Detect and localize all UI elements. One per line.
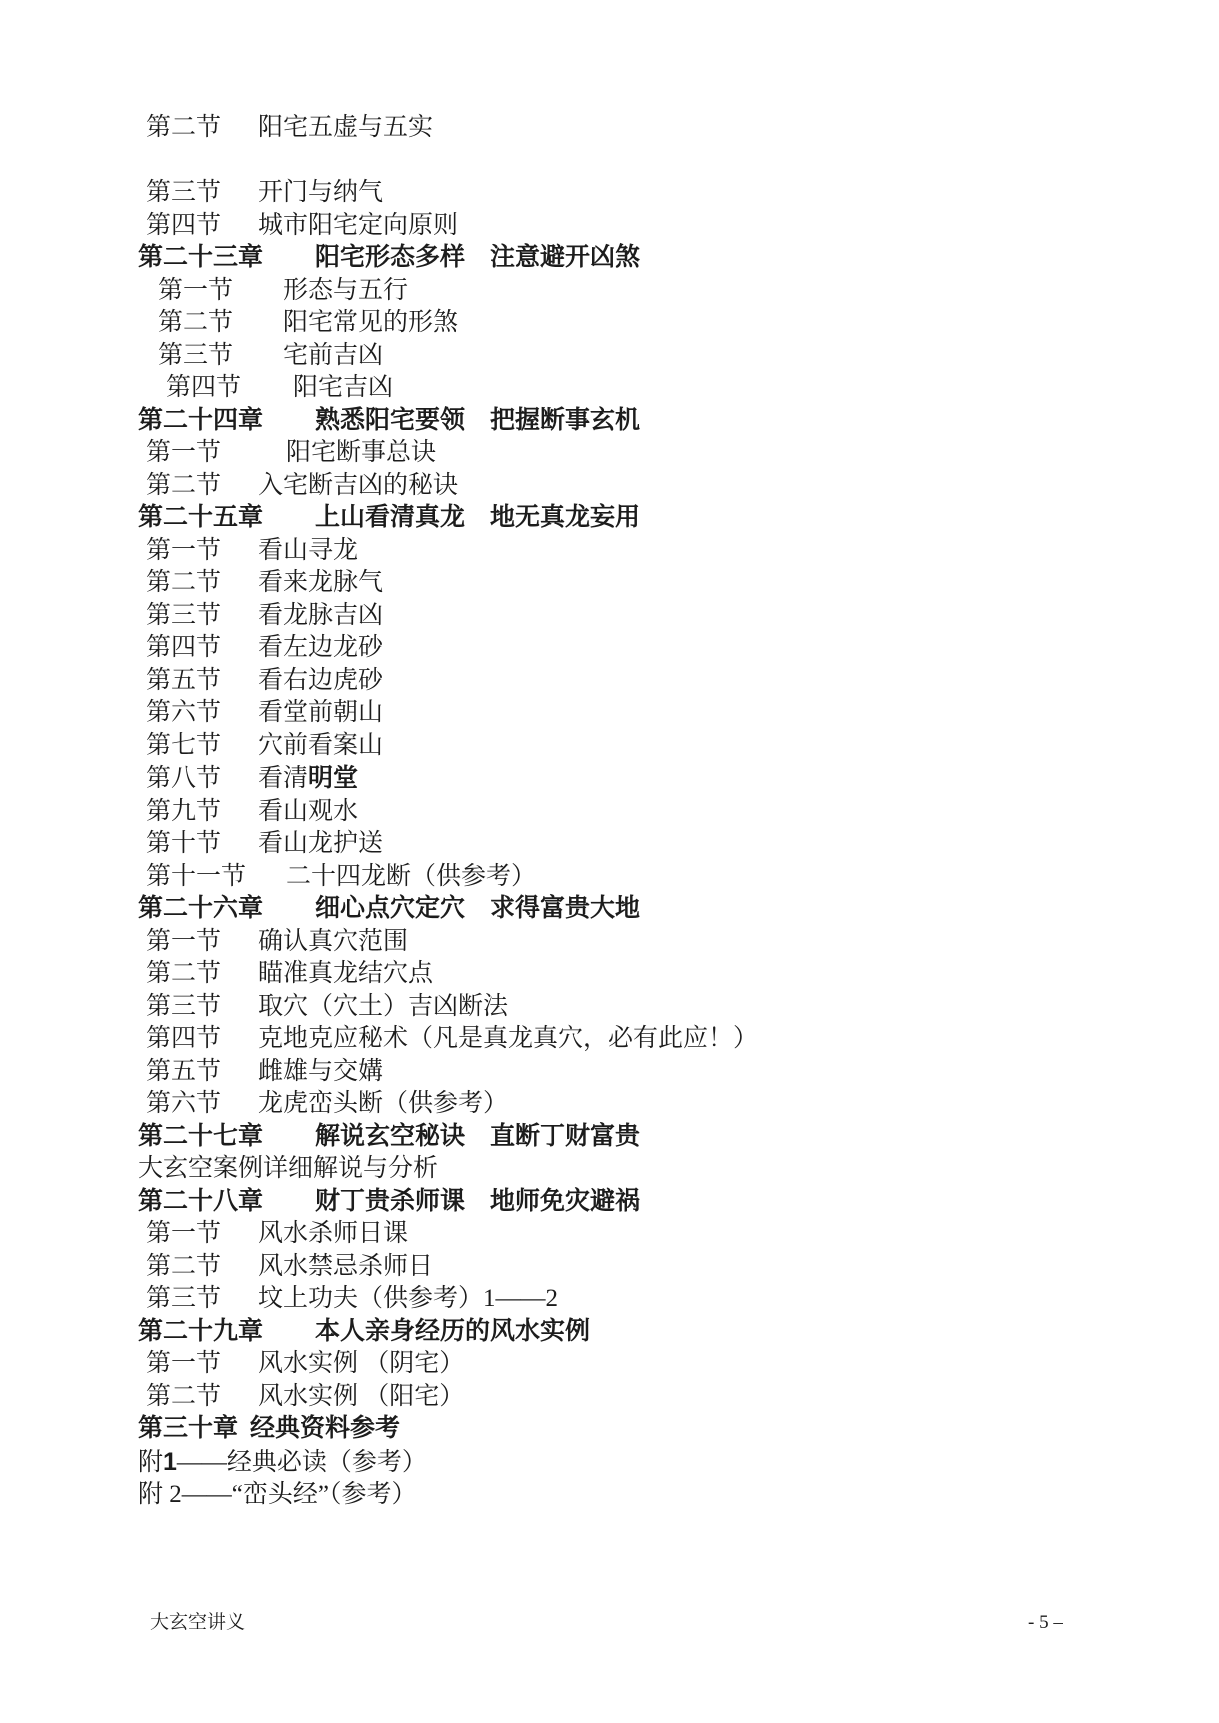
toc-line: 第二节风水禁忌杀师日: [138, 1251, 1179, 1284]
toc-entry-label: 第五节: [146, 665, 258, 698]
toc-entry-title: 宅前吉凶: [283, 342, 383, 369]
toc-entry-label: 第三节: [146, 1283, 258, 1316]
toc-entry-label: 第二节: [146, 1381, 258, 1414]
toc-entry-label: 第一节: [146, 1348, 258, 1381]
toc-entry-label: 第二节: [146, 567, 258, 600]
toc-entry-label: 第二十四章: [138, 405, 315, 438]
toc-chapter-line: 第二十七章解说玄空秘诀 直断丁财富贵: [138, 1121, 1179, 1154]
toc-line: 大玄空案例详细解说与分析: [138, 1153, 1179, 1186]
toc-chapter-line: 第二十六章细心点穴定穴 求得富贵大地: [138, 893, 1179, 926]
toc-entry-title: 大玄空案例详细解说与分析: [138, 1155, 438, 1182]
toc-entry-title: 看左边龙砂: [258, 634, 383, 661]
toc-entry-title: 雌雄与交媾: [258, 1058, 383, 1085]
toc-entry-title: 坟上功夫（供参考）1——2: [258, 1285, 558, 1312]
toc-chapter-line: 第二十三章阳宅形态多样 注意避开凶煞: [138, 242, 1179, 275]
toc-list: 第二节阳宅五虚与五实第三节开门与纳气第四节城市阳宅定向原则第二十三章阳宅形态多样…: [138, 112, 1179, 1512]
toc-entry-label: 第三节: [158, 340, 283, 373]
toc-entry-title: 风水杀师日课: [258, 1220, 408, 1247]
toc-line: 第三节取穴（穴土）吉凶断法: [138, 991, 1179, 1024]
toc-line: 第七节穴前看案山: [138, 730, 1179, 763]
toc-entry-title: 瞄准真龙结穴点: [258, 960, 433, 987]
toc-entry-label: 第三节: [146, 600, 258, 633]
toc-line: 第三节坟上功夫（供参考）1——2: [138, 1283, 1179, 1316]
toc-entry-title: 取穴（穴土）吉凶断法: [258, 993, 508, 1020]
toc-line: 第一节确认真穴范围: [138, 926, 1179, 959]
toc-line: 第二节风水实例 （阳宅）: [138, 1381, 1179, 1414]
toc-entry-title: 风水禁忌杀师日: [258, 1253, 433, 1280]
toc-entry-label: 第九节: [146, 796, 258, 829]
toc-entry-label: 第二节: [146, 470, 258, 503]
toc-entry-title: 上山看清真龙 地无真龙妄用: [315, 504, 640, 531]
toc-line: 第二节入宅断吉凶的秘诀: [138, 470, 1179, 503]
toc-entry-title: 阳宅形态多样 注意避开凶煞: [315, 244, 640, 271]
toc-entry-label: 第二节: [146, 958, 258, 991]
toc-entry-title: 风水实例 （阳宅）: [258, 1383, 464, 1410]
toc-blank-line: [138, 145, 1179, 178]
toc-entry-title: 城市阳宅定向原则: [258, 212, 458, 239]
toc-line: 第二节看来龙脉气: [138, 567, 1179, 600]
toc-line: 第四节城市阳宅定向原则: [138, 210, 1179, 243]
toc-entry-label: 第二十六章: [138, 893, 315, 926]
toc-entry-label: 第十一节: [146, 861, 286, 894]
toc-entry-label: 第二节: [146, 1251, 258, 1284]
toc-entry-title: 看堂前朝山: [258, 699, 383, 726]
toc-line: 第五节看右边虎砂: [138, 665, 1179, 698]
toc-line: 第六节龙虎峦头断（供参考）: [138, 1088, 1179, 1121]
toc-entry-title: 附1——经典必读（参考）: [138, 1449, 427, 1476]
toc-entry-title: 细心点穴定穴 求得富贵大地: [315, 895, 640, 922]
toc-line: 第九节看山观水: [138, 796, 1179, 829]
footer-page-number: - 5 –: [1028, 1612, 1063, 1634]
toc-entry-label: 第二节: [158, 307, 283, 340]
toc-entry-title: 财丁贵杀师课 地师免灾避祸: [315, 1188, 640, 1215]
toc-chapter-line: 第三十章经典资料参考: [138, 1413, 1179, 1446]
toc-entry-label: 第三节: [146, 991, 258, 1024]
toc-entry-label: 第一节: [158, 275, 283, 308]
toc-line: 第二节瞄准真龙结穴点: [138, 958, 1179, 991]
toc-entry-label: 第四节: [146, 1023, 258, 1056]
toc-entry-title: 阳宅五虚与五实: [258, 114, 433, 141]
toc-entry-title: 龙虎峦头断（供参考）: [258, 1090, 508, 1117]
toc-line: 第一节风水杀师日课: [138, 1218, 1179, 1251]
toc-entry-title: 看清明堂: [258, 765, 358, 792]
toc-entry-label: 第八节: [146, 763, 258, 796]
toc-line: 第五节雌雄与交媾: [138, 1056, 1179, 1089]
toc-line: 第二节阳宅常见的形煞: [138, 307, 1179, 340]
toc-line: 第四节克地克应秘术（凡是真龙真穴，必有此应！）: [138, 1023, 1179, 1056]
toc-entry-title: 形态与五行: [283, 277, 408, 304]
toc-entry-label: 第三十章: [138, 1413, 250, 1446]
toc-entry-label: 第十节: [146, 828, 258, 861]
toc-entry-title: 看山龙护送: [258, 830, 383, 857]
toc-entry-label: 第六节: [146, 697, 258, 730]
toc-line: 第四节阳宅吉凶: [138, 372, 1179, 405]
toc-entry-label: 第四节: [166, 372, 293, 405]
toc-entry-label: 第七节: [146, 730, 258, 763]
toc-line: 第三节看龙脉吉凶: [138, 600, 1179, 633]
toc-line: 第十节看山龙护送: [138, 828, 1179, 861]
toc-entry-title: 熟悉阳宅要领 把握断事玄机: [315, 407, 640, 434]
toc-entry-label: 第一节: [146, 437, 286, 470]
toc-entry-label: 第二十九章: [138, 1316, 315, 1349]
toc-line: 第一节看山寻龙: [138, 535, 1179, 568]
toc-entry-title: 入宅断吉凶的秘诀: [258, 472, 458, 499]
toc-entry-title: 看龙脉吉凶: [258, 602, 383, 629]
toc-entry-label: 第二节: [146, 112, 258, 145]
toc-entry-title: 确认真穴范围: [258, 928, 408, 955]
toc-entry-title: 开门与纳气: [258, 179, 383, 206]
toc-entry-title: 阳宅常见的形煞: [283, 309, 458, 336]
toc-chapter-line: 第二十八章财丁贵杀师课 地师免灾避祸: [138, 1186, 1179, 1219]
toc-entry-title: 解说玄空秘诀 直断丁财富贵: [315, 1123, 640, 1150]
toc-line: 第四节看左边龙砂: [138, 632, 1179, 665]
toc-line: 附 2——“峦头经”（参考）: [138, 1479, 1179, 1512]
toc-entry-title: 本人亲身经历的风水实例: [315, 1318, 590, 1345]
toc-entry-title: 风水实例 （阴宅）: [258, 1350, 464, 1377]
toc-chapter-line: 第二十五章上山看清真龙 地无真龙妄用: [138, 502, 1179, 535]
toc-line: 第六节看堂前朝山: [138, 697, 1179, 730]
toc-entry-label: 第四节: [146, 210, 258, 243]
toc-entry-label: 第一节: [146, 535, 258, 568]
toc-entry-label: 第六节: [146, 1088, 258, 1121]
toc-line: 第三节开门与纳气: [138, 177, 1179, 210]
toc-entry-title: 看山观水: [258, 798, 358, 825]
toc-line: 第一节阳宅断事总诀: [138, 437, 1179, 470]
toc-line: 第八节看清明堂: [138, 762, 1179, 796]
toc-entry-label: 第一节: [146, 1218, 258, 1251]
toc-entry-label: 第二十八章: [138, 1186, 315, 1219]
toc-entry-title: 克地克应秘术（凡是真龙真穴，必有此应！）: [258, 1025, 758, 1052]
toc-entry-title: 穴前看案山: [258, 732, 383, 759]
toc-entry-title: 阳宅断事总诀: [286, 439, 436, 466]
toc-entry-label: 第二十三章: [138, 242, 315, 275]
toc-entry-title: 附 2——“峦头经”（参考）: [138, 1481, 416, 1508]
toc-entry-label: 第二十五章: [138, 502, 315, 535]
toc-entry-label: 第二十七章: [138, 1121, 315, 1154]
document-page: 第二节阳宅五虚与五实第三节开门与纳气第四节城市阳宅定向原则第二十三章阳宅形态多样…: [0, 0, 1219, 1723]
toc-entry-label: 第四节: [146, 632, 258, 665]
toc-entry-title: 看右边虎砂: [258, 667, 383, 694]
toc-entry-label: 第五节: [146, 1056, 258, 1089]
toc-entry-title: 经典资料参考: [250, 1415, 400, 1442]
toc-line: 第三节宅前吉凶: [138, 340, 1179, 373]
footer-doc-title: 大玄空讲义: [150, 1612, 245, 1634]
toc-chapter-line: 第二十九章本人亲身经历的风水实例: [138, 1316, 1179, 1349]
toc-entry-title: 二十四龙断（供参考）: [286, 863, 536, 890]
toc-entry-title: 看来龙脉气: [258, 569, 383, 596]
toc-chapter-line: 第二十四章熟悉阳宅要领 把握断事玄机: [138, 405, 1179, 438]
toc-entry-label: 第三节: [146, 177, 258, 210]
toc-entry-title: 阳宅吉凶: [293, 374, 393, 401]
toc-line: 第二节阳宅五虚与五实: [138, 112, 1179, 145]
toc-line: 第十一节二十四龙断（供参考）: [138, 861, 1179, 894]
toc-line: 第一节风水实例 （阴宅）: [138, 1348, 1179, 1381]
toc-entry-label: 第一节: [146, 926, 258, 959]
toc-line: 附1——经典必读（参考）: [138, 1446, 1179, 1480]
toc-entry-title: 看山寻龙: [258, 537, 358, 564]
toc-line: 第一节形态与五行: [138, 275, 1179, 308]
